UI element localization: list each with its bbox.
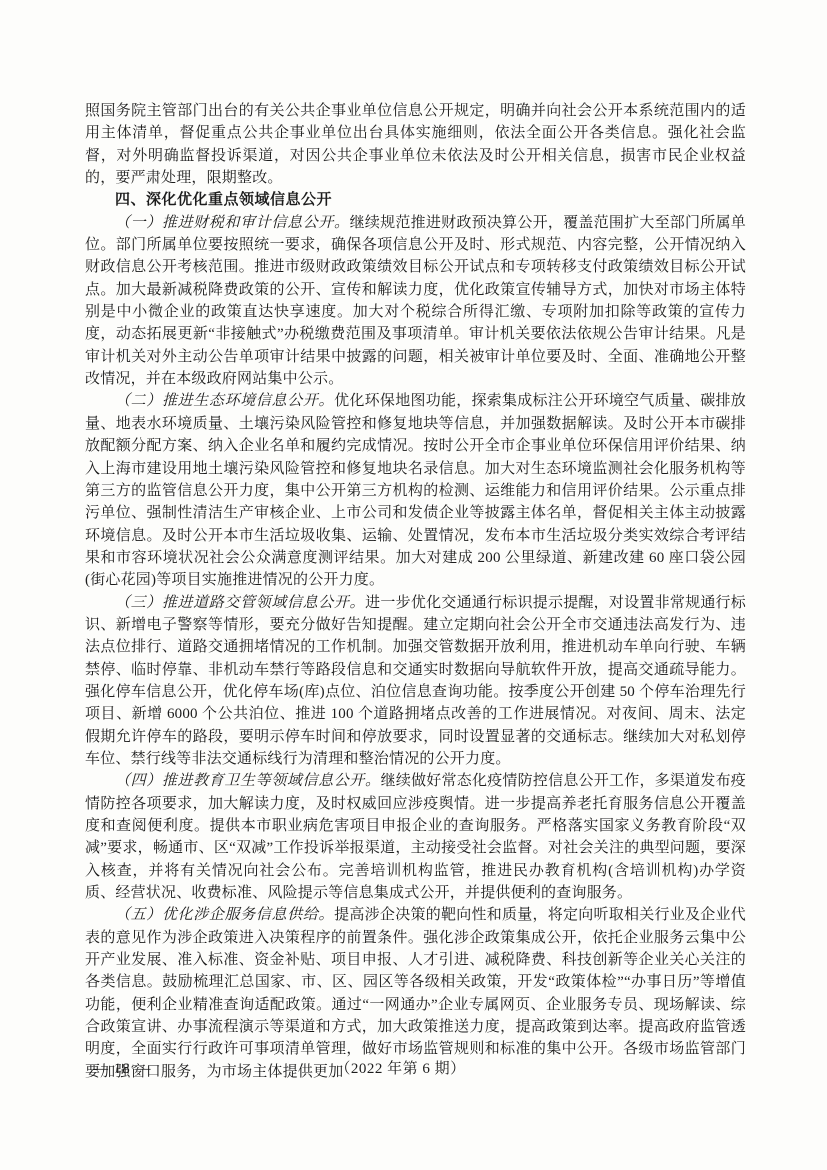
paragraph: （三）推进道路交管领域信息公开。进一步优化交通通行标识提示提醒，对设置非常规通行… — [85, 592, 746, 771]
section-heading: 四、深化优化重点领域信息公开 — [85, 189, 746, 211]
paragraph: 照国务院主管部门出台的有关公共企事业单位信息公开规定，明确并向社会公开本系统范围… — [85, 100, 746, 189]
paragraph-lead: （三）推进道路交管领域信息公开。 — [115, 595, 365, 611]
paragraph: （二）推进生态环境信息公开。优化环保地图功能，探索集成标注公开环境空气质量、碳排… — [85, 390, 746, 591]
paragraph-lead: （二）推进生态环境信息公开。 — [115, 393, 334, 409]
issue-label: （2022 年第 6 期） — [85, 1058, 716, 1080]
paragraph: （一）推进财税和审计信息公开。继续规范推进财政预决算公开，覆盖范围扩大至部门所属… — [85, 212, 746, 391]
paragraph: （五）优化涉企服务信息供给。提高涉企决策的靶向性和质量，将定向听取相关行业及企业… — [85, 904, 746, 1083]
paragraph: （四）推进教育卫生等领域信息公开。继续做好常态化疫情防控信息公开工作，多渠道发布… — [85, 770, 746, 904]
document-body: 照国务院主管部门出台的有关公共企事业单位信息公开规定，明确并向社会公开本系统范围… — [85, 100, 746, 1083]
paragraph-lead: （五）优化涉企服务信息供给。 — [115, 907, 334, 923]
paragraph-lead: （四）推进教育卫生等领域信息公开。 — [115, 773, 381, 789]
page-footer: — 18 — （2022 年第 6 期） — [85, 1058, 746, 1082]
paragraph-lead: （一）推进财税和审计信息公开。 — [115, 215, 350, 231]
document-page: 照国务院主管部门出台的有关公共企事业单位信息公开规定，明确并向社会公开本系统范围… — [0, 0, 827, 1170]
